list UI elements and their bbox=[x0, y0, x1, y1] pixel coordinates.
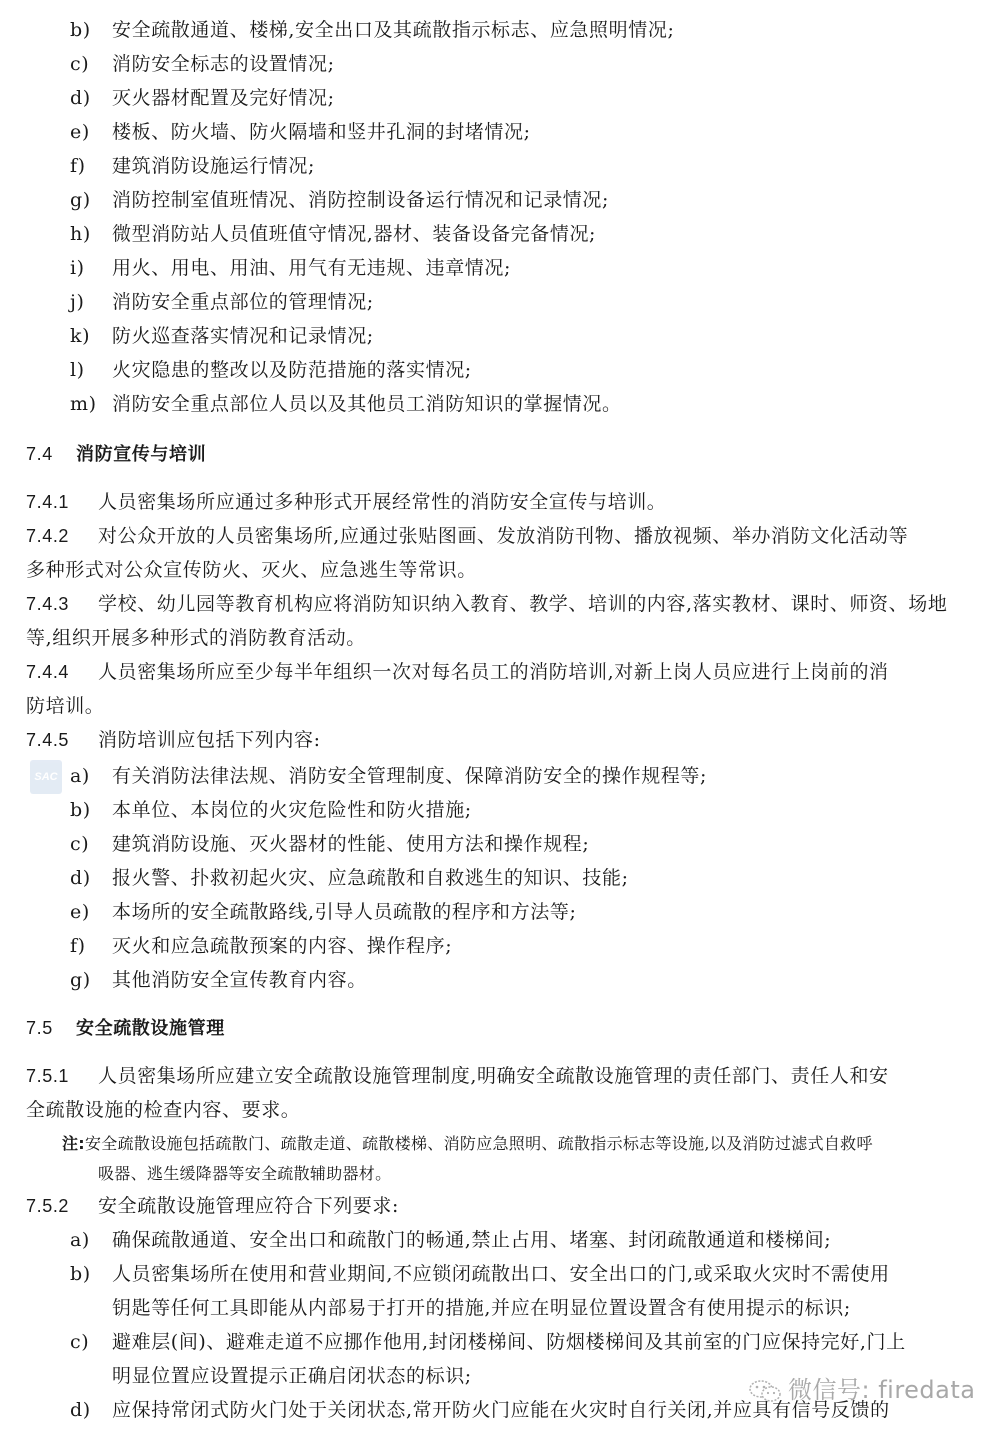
clause-7-4-3-continued: 等,组织开展多种形式的消防教育活动。 bbox=[26, 626, 366, 650]
clause-7-4-2-continued: 多种形式对公众宣传防火、灭火、应急逃生等常识。 bbox=[26, 558, 477, 582]
list-item: d)灭火器材配置及完好情况; bbox=[70, 86, 335, 110]
note-continued: 吸器、逃生缓降器等安全疏散辅助器材。 bbox=[98, 1162, 391, 1186]
clause-7-4-4: 7.4.4人员密集场所应至少每半年组织一次对每名员工的消防培训,对新上岗人员应进… bbox=[26, 660, 889, 684]
list-item: h)微型消防站人员值班值守情况,器材、装备设备完备情况; bbox=[70, 222, 596, 246]
clause-7-4-1: 7.4.1人员密集场所应通过多种形式开展经常性的消防安全宣传与培训。 bbox=[26, 490, 666, 514]
list-item: b)安全疏散通道、楼梯,安全出口及其疏散指示标志、应急照明情况; bbox=[70, 18, 674, 42]
clause-7-4-5: 7.4.5消防培训应包括下列内容: bbox=[26, 728, 321, 752]
list-item-continued: 钥匙等任何工具即能从内部易于打开的措施,并应在明显位置设置含有使用提示的标识; bbox=[112, 1296, 851, 1320]
wechat-icon bbox=[748, 1379, 784, 1403]
list-item: a)确保疏散通道、安全出口和疏散门的畅通,禁止占用、堵塞、封闭疏散通道和楼梯间; bbox=[70, 1228, 831, 1252]
clause-7-4-4-continued: 防培训。 bbox=[26, 694, 104, 718]
list-item: f)灭火和应急疏散预案的内容、操作程序; bbox=[70, 934, 452, 958]
list-item: b)本单位、本岗位的火灾危险性和防火措施; bbox=[70, 798, 472, 822]
list-item: a)有关消防法律法规、消防安全管理制度、保障消防安全的操作规程等; bbox=[70, 764, 707, 788]
sac-logo: SAC bbox=[30, 760, 62, 794]
list-item: c)建筑消防设施、灭火器材的性能、使用方法和操作规程; bbox=[70, 832, 589, 856]
list-item: m)消防安全重点部位人员以及其他员工消防知识的掌握情况。 bbox=[70, 392, 622, 416]
section-heading: 7.5安全疏散设施管理 bbox=[26, 1016, 225, 1041]
list-item-continued: 明显位置应设置提示正确启闭状态的标识; bbox=[112, 1364, 472, 1388]
clause-7-5-1: 7.5.1人员密集场所应建立安全疏散设施管理制度,明确安全疏散设施管理的责任部门… bbox=[26, 1064, 889, 1088]
list-item: j)消防安全重点部位的管理情况; bbox=[70, 290, 374, 314]
clause-7-4-3: 7.4.3学校、幼儿园等教育机构应将消防知识纳入教育、教学、培训的内容,落实教材… bbox=[26, 592, 947, 616]
clause-7-5-2: 7.5.2安全疏散设施管理应符合下列要求: bbox=[26, 1194, 399, 1218]
list-item: k)防火巡查落实情况和记录情况; bbox=[70, 324, 374, 348]
clause-7-4-2: 7.4.2对公众开放的人员密集场所,应通过张贴图画、发放消防刊物、播放视频、举办… bbox=[26, 524, 908, 548]
list-item: l)火灾隐患的整改以及防范措施的落实情况; bbox=[70, 358, 472, 382]
list-item: g)消防控制室值班情况、消防控制设备运行情况和记录情况; bbox=[70, 188, 609, 212]
list-item: i)用火、用电、用油、用气有无违规、违章情况; bbox=[70, 256, 511, 280]
list-item: e)楼板、防火墙、防火隔墙和竖井孔洞的封堵情况; bbox=[70, 120, 531, 144]
list-item: d)报火警、扑救初起火灾、应急疏散和自救逃生的知识、技能; bbox=[70, 866, 629, 890]
document-page: b)安全疏散通道、楼梯,安全出口及其疏散指示标志、应急照明情况; c)消防安全标… bbox=[0, 0, 1000, 1430]
clause-7-5-1-continued: 全疏散设施的检查内容、要求。 bbox=[26, 1098, 300, 1122]
note: 注:安全疏散设施包括疏散门、疏散走道、疏散楼梯、消防应急照明、疏散指示标志等设施… bbox=[62, 1132, 873, 1156]
wechat-watermark: 微信号: firedata bbox=[748, 1370, 976, 1405]
list-item: b)人员密集场所在使用和营业期间,不应锁闭疏散出口、安全出口的门,或采取火灾时不… bbox=[70, 1262, 890, 1286]
list-item: g)其他消防安全宣传教育内容。 bbox=[70, 968, 367, 992]
list-item: c)消防安全标志的设置情况; bbox=[70, 52, 335, 76]
list-item: c)避难层(间)、避难走道不应挪作他用,封闭楼梯间、防烟楼梯间及其前室的门应保持… bbox=[70, 1330, 906, 1354]
section-heading: 7.4消防宣传与培训 bbox=[26, 442, 206, 467]
list-item: e)本场所的安全疏散路线,引导人员疏散的程序和方法等; bbox=[70, 900, 576, 924]
list-item: f)建筑消防设施运行情况; bbox=[70, 154, 315, 178]
